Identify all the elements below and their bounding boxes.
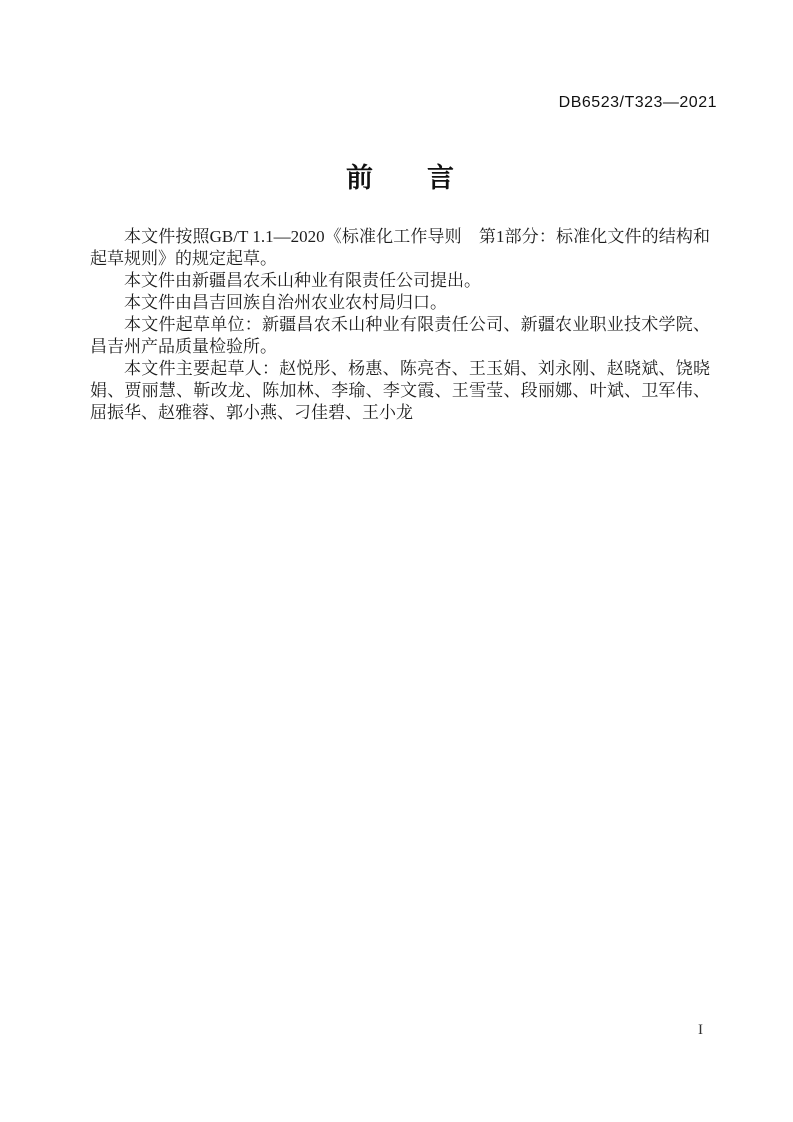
paragraph-main-drafters: 本文件主要起草人：赵悦彤、杨惠、陈亮杏、王玉娟、刘永刚、赵晓斌、饶晓娟、贾丽慧、… <box>90 358 710 424</box>
body-text: 本文件按照GB/T 1.1—2020《标准化工作导则 第1部分：标准化文件的结构… <box>90 226 710 424</box>
paragraph-proposed-by: 本文件由新疆昌农禾山种业有限责任公司提出。 <box>90 270 710 292</box>
standard-code: DB6523/T323—2021 <box>559 94 717 112</box>
paragraph-drafting-organizations: 本文件起草单位：新疆昌农禾山种业有限责任公司、新疆农业职业技术学院、昌吉州产品质… <box>90 314 710 358</box>
paragraph-centralized-by: 本文件由昌吉回族自治州农业农村局归口。 <box>90 292 710 314</box>
document-page: DB6523/T323—2021 前 言 本文件按照GB/T 1.1—2020《… <box>0 0 793 1122</box>
page-number: I <box>698 1022 703 1039</box>
page-title: 前 言 <box>90 163 710 193</box>
paragraph-drafting-basis: 本文件按照GB/T 1.1—2020《标准化工作导则 第1部分：标准化文件的结构… <box>90 226 710 270</box>
